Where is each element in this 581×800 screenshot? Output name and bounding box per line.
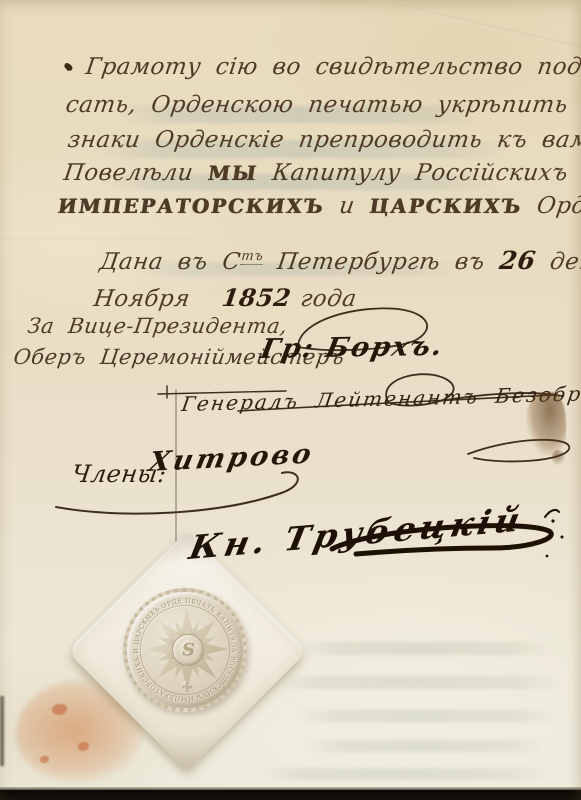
signature-borch: Гр: Борхъ. xyxy=(258,331,447,365)
bleed-through-band xyxy=(305,740,545,752)
paper-crease xyxy=(394,4,581,51)
paper-crease xyxy=(0,238,190,240)
dateline-year: 1852 xyxy=(220,283,293,312)
dateline-pre: Дана въ С xyxy=(98,249,242,275)
scan-edge-bottom xyxy=(0,790,581,800)
bleed-through-band xyxy=(260,768,550,780)
for-vice-president-label: За Вице-Президента, xyxy=(26,314,289,338)
body-line-5-script: и xyxy=(323,193,372,219)
cross-icon: ✚ xyxy=(181,680,192,695)
body-line-5-caps2: ЦАРСКИХЪ xyxy=(368,194,524,218)
bleed-through-band xyxy=(278,676,560,689)
trubetskoy-accent xyxy=(545,510,559,517)
dateline-month: Ноября xyxy=(92,286,192,312)
scanned-diploma-page: · Грамоту сію во свидѣтельство подпи- са… xyxy=(0,0,581,800)
dateline-day: 26 xyxy=(498,246,538,275)
dateline-1: Дана въ Стъ Петербургѣ въ 26 день xyxy=(98,246,581,275)
ink-blot xyxy=(526,392,566,456)
dateline-superscript: тъ xyxy=(240,249,264,265)
body-line-2: сать, Орденскою печатью укрѣпить и xyxy=(64,92,581,118)
body-line-4-caps: МЫ xyxy=(206,161,259,185)
ink-droplet xyxy=(552,450,565,466)
body-line-5: ИМПЕРАТОРСКИХЪ и ЦАРСКИХЪ Орденовъ. xyxy=(56,193,581,219)
body-line-4: Повелѣли МЫ Капитулу Россійскихъ xyxy=(62,160,570,186)
dateline-2: Ноября1852года xyxy=(92,283,359,312)
body-line-5-script2: Орденовъ. xyxy=(520,193,581,219)
dateline-mid: Петербургѣ въ xyxy=(261,249,502,275)
body-line-3: знаки Орденскіе препроводить къ вамъ xyxy=(66,127,581,153)
signature-general-lieutenant: Генералъ Лейтенантъ Безобразовъ xyxy=(180,380,581,416)
signature-trubetskoy: Кн. Трубецкій xyxy=(186,500,527,567)
trubetskoy-ink-dots xyxy=(546,519,564,557)
bleed-through-band xyxy=(300,642,550,655)
scan-edge-left xyxy=(0,696,4,766)
dateline-year-suffix: года xyxy=(299,286,358,312)
dateline-post: день xyxy=(534,249,581,275)
signature-khitrovo: Хитрово xyxy=(146,439,317,478)
body-line-1: Грамоту сію во свидѣтельство подпи- xyxy=(84,54,581,80)
monogram-s: S xyxy=(182,640,194,660)
body-line-5-caps1: ИМПЕРАТОРСКИХЪ xyxy=(56,194,326,218)
seal-center-medallion: S xyxy=(172,634,204,666)
body-line-4-script2: Капитулу Россійскихъ xyxy=(256,160,570,186)
embossed-seal: ПЕЧАТЬ КАПИТУЛА РОССІЙСКИХЪ ИМПЕРАТОРСКИ… xyxy=(123,588,247,712)
body-line-4-script: Повелѣли xyxy=(62,160,210,186)
bleed-through-band xyxy=(298,710,556,722)
